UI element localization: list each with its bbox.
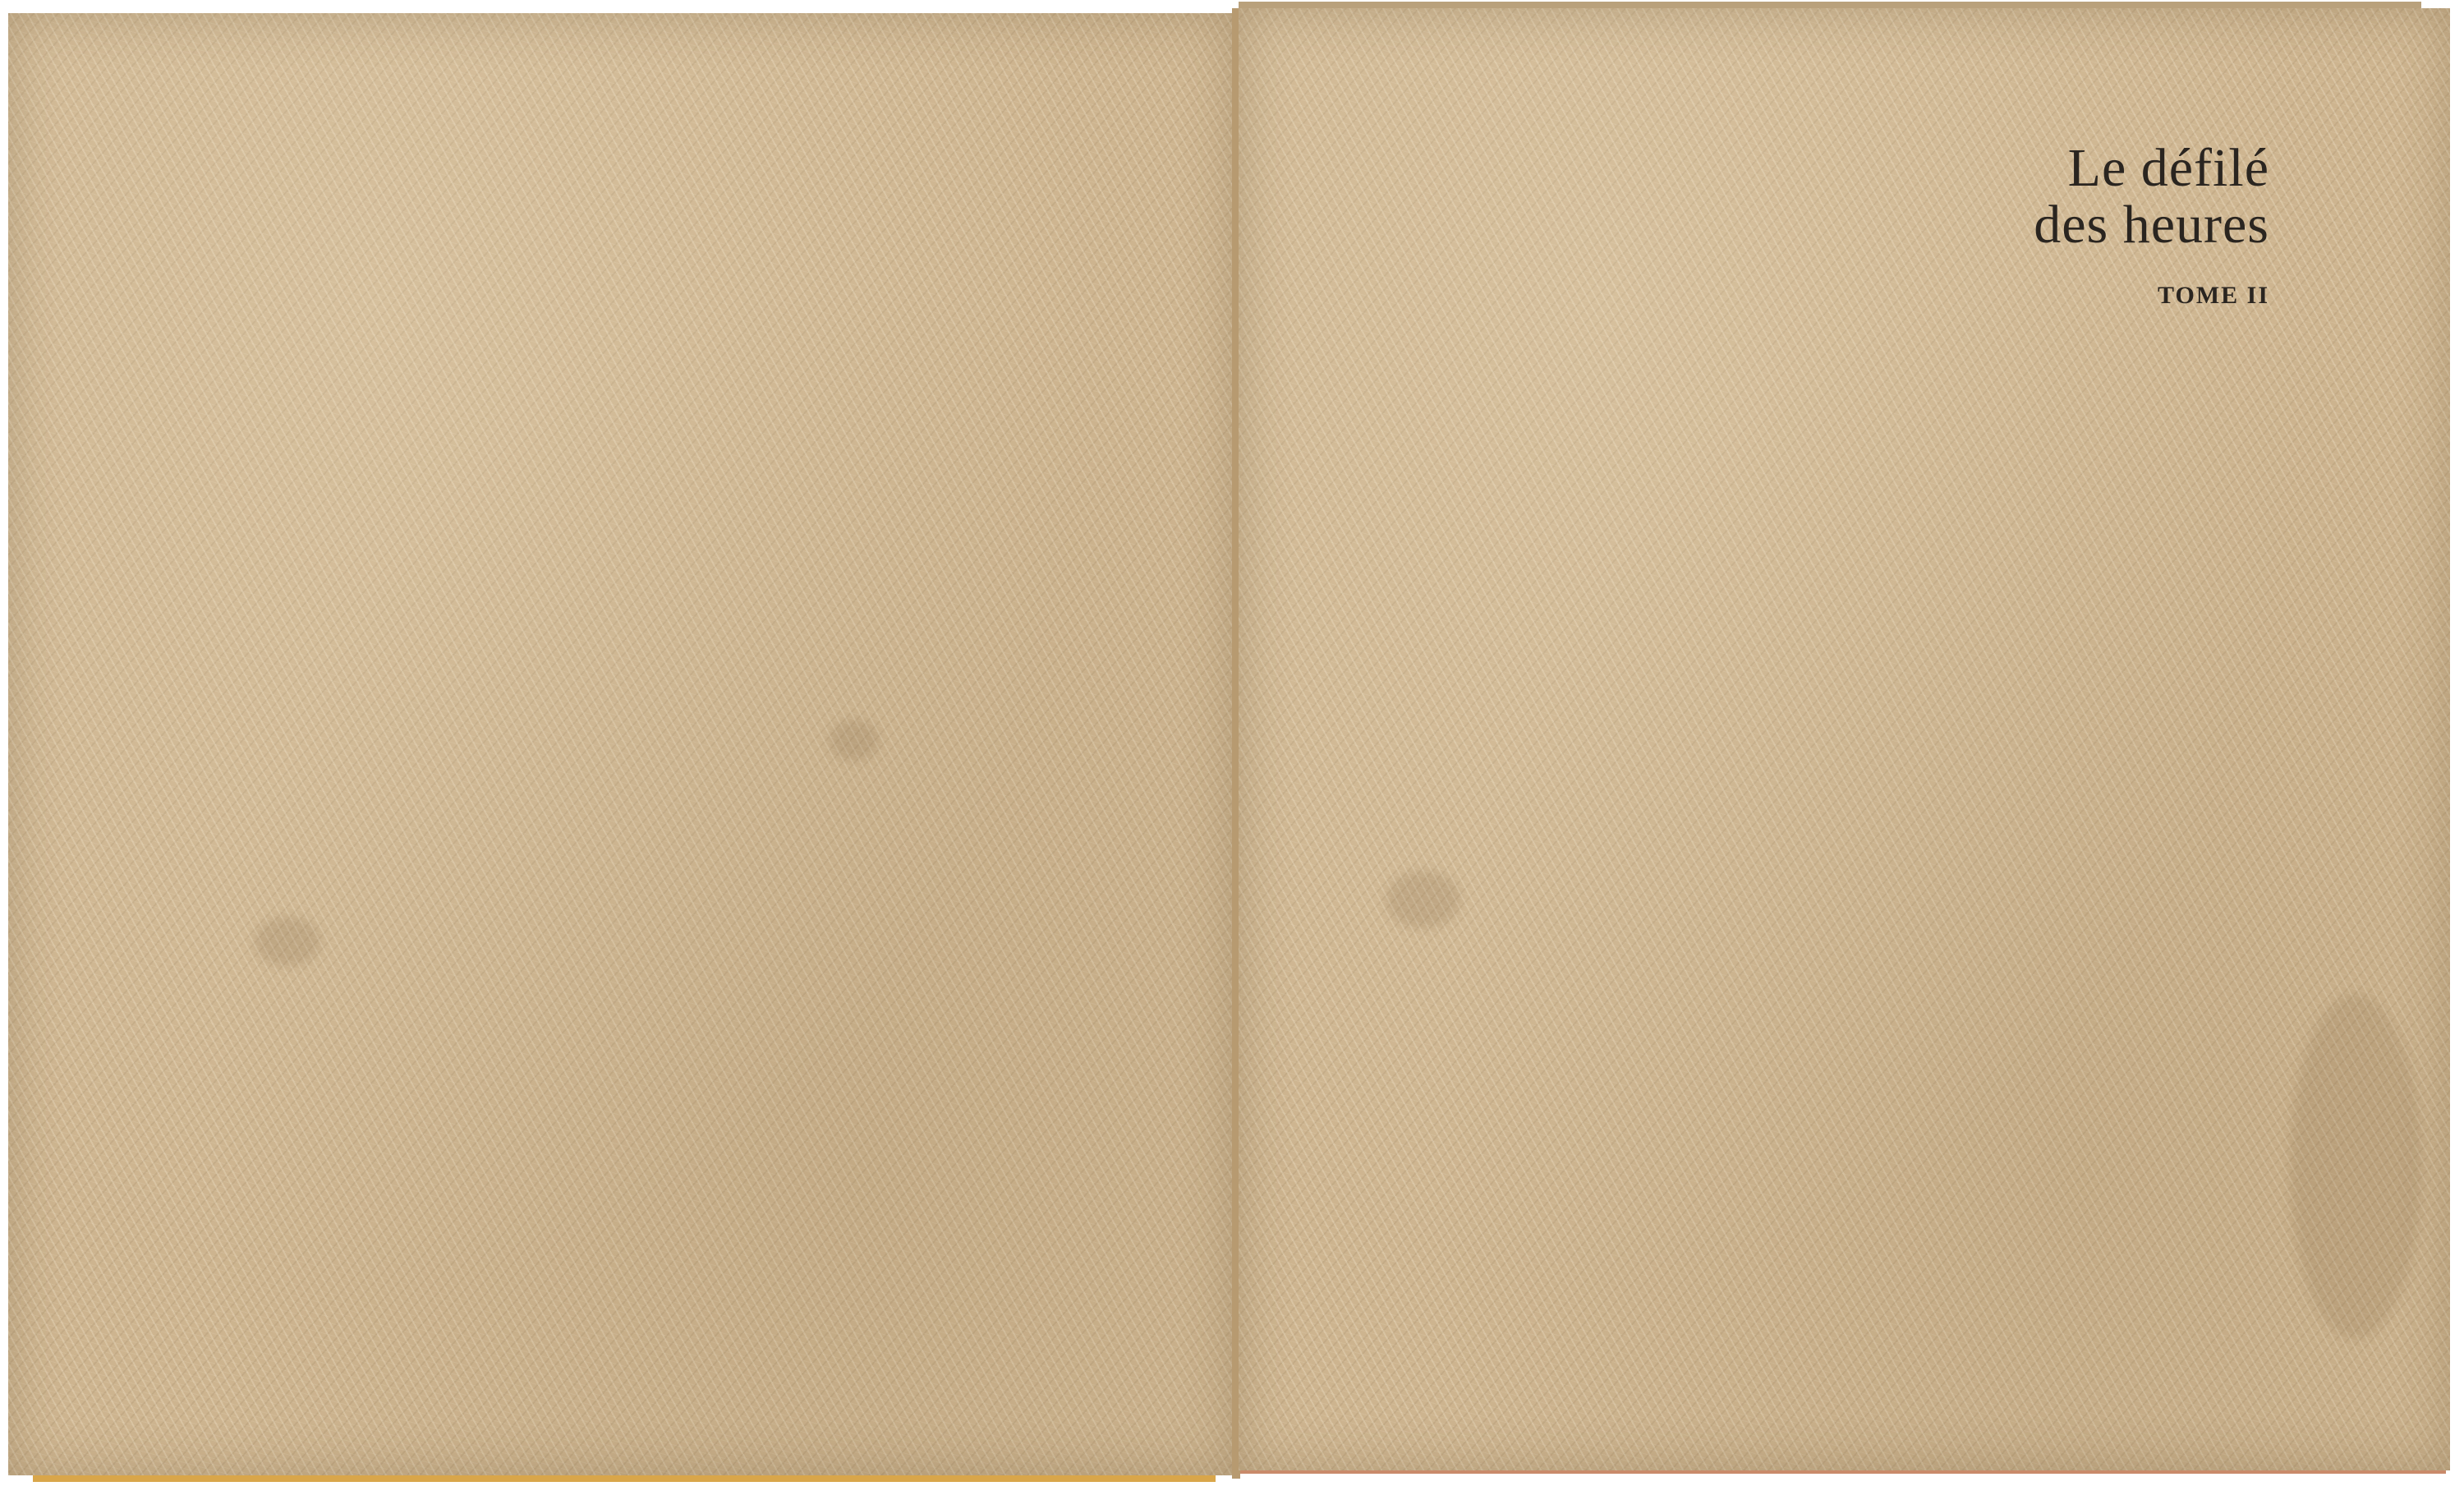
stain [1386, 871, 1460, 928]
foxing-spots [2290, 994, 2421, 1339]
title-block: Le défilé des heures TOME II [2034, 140, 2269, 310]
volume-label: TOME II [2034, 282, 2269, 310]
back-cover [8, 13, 1235, 1475]
stain [255, 917, 320, 966]
stain [830, 720, 879, 761]
title-line-2: des heures [2034, 196, 2269, 253]
title-line-1: Le défilé [2034, 140, 2269, 196]
front-cover: Le défilé des heures TOME II [1239, 8, 2450, 1470]
